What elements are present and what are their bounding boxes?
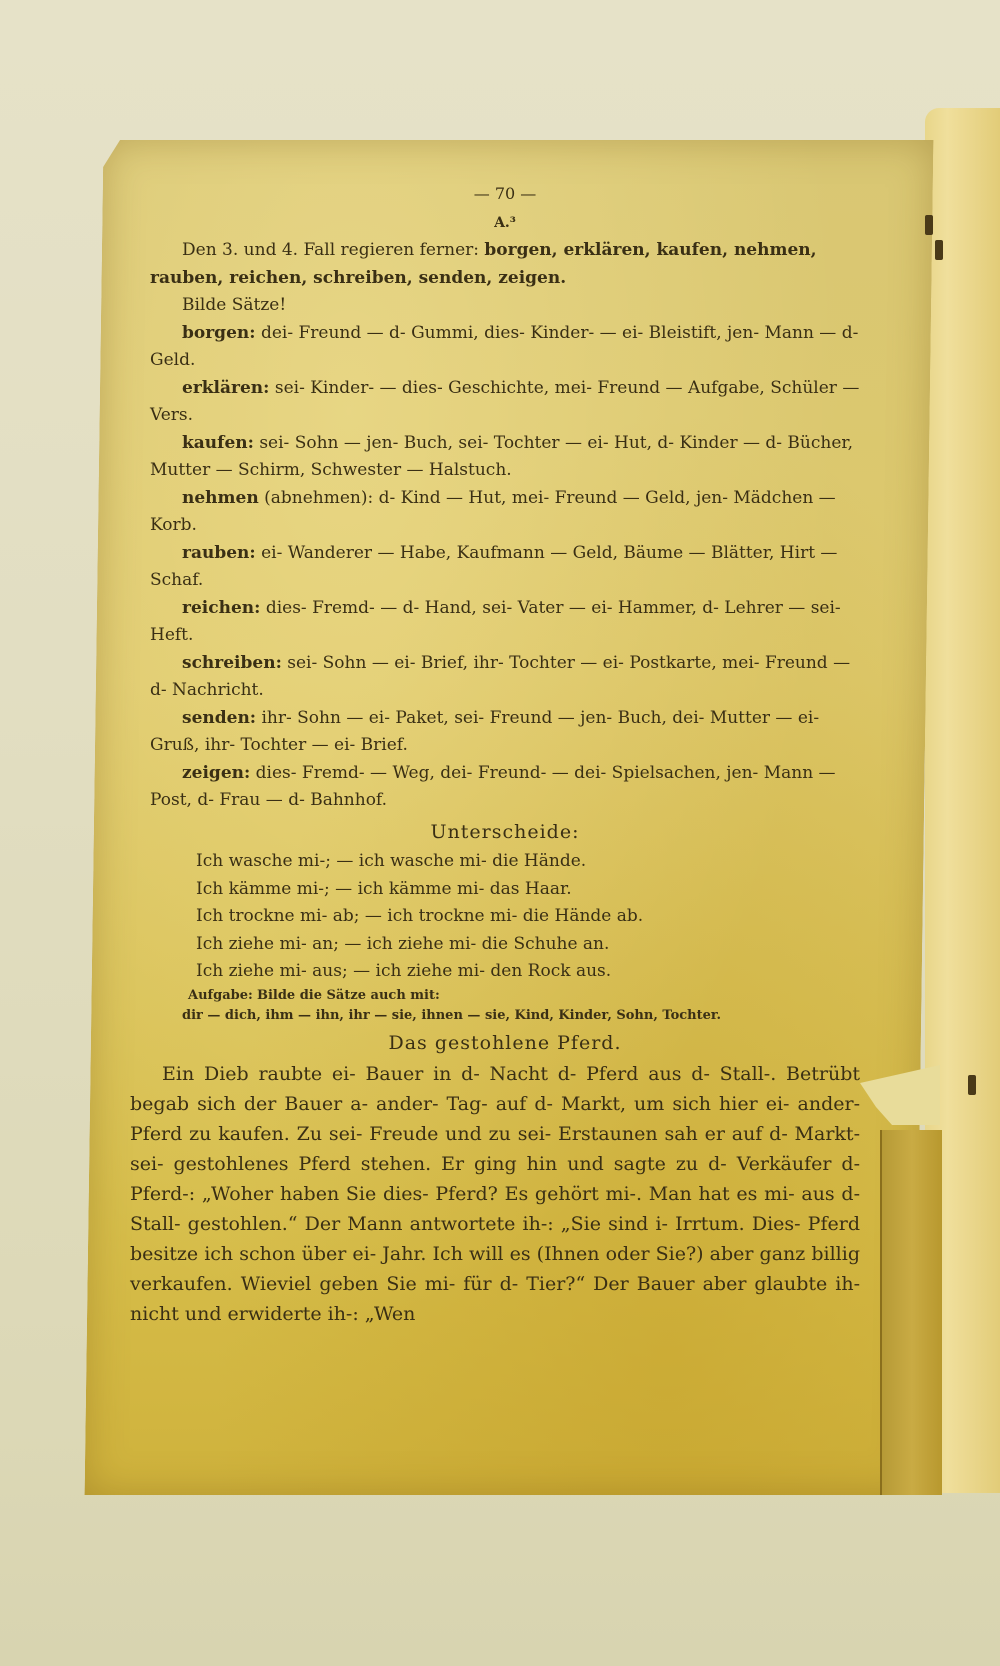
distinguish-line: Ich trockne mi- ab; — ich trockne mi- di… [196, 903, 860, 931]
distinguish-line: Ich ziehe mi- an; — ich ziehe mi- die Sc… [196, 931, 860, 959]
distinguish-list: Ich wasche mi-; — ich wasche mi- die Hän… [150, 848, 860, 986]
task-text: Bilde die Sätze auch mit: [257, 988, 440, 1003]
verb-label: erklären: [182, 378, 269, 398]
binding-staple-icon [925, 215, 933, 235]
intro-paragraph: Den 3. und 4. Fall regieren ferner: borg… [150, 237, 860, 292]
exercise-text: dei- Freund — d- Gummi, dies- Kinder- — … [150, 323, 858, 371]
exercise-text: dies- Fremd- — Weg, dei- Freund- — dei- … [150, 763, 836, 811]
exercise-item: kaufen: sei- Sohn — jen- Buch, sei- Toch… [150, 430, 860, 485]
distinguish-heading: Unterscheide: [150, 819, 860, 847]
distinguish-line: Ich ziehe mi- aus; — ich ziehe mi- den R… [196, 958, 860, 986]
exercise-item: senden: ihr- Sohn — ei- Paket, sei- Freu… [150, 705, 860, 760]
folded-page-corner [880, 1130, 942, 1495]
exercise-item: rauben: ei- Wanderer — Habe, Kaufmann — … [150, 540, 860, 595]
verb-label: rauben: [182, 543, 256, 563]
binding-staple-icon [935, 240, 943, 260]
exercise-list: borgen: dei- Freund — d- Gummi, dies- Ki… [150, 320, 860, 815]
task-block: Aufgabe: Bilde die Sätze auch mit: dir —… [150, 986, 860, 1026]
exercise-item: schreiben: sei- Sohn — ei- Brief, ihr- T… [150, 650, 860, 705]
story-text: Ein Dieb raubte ei- Bauer in d- Nacht d-… [130, 1059, 860, 1329]
exercise-prompt: Bilde Sätze! [150, 292, 860, 320]
distinguish-line: Ich wasche mi-; — ich wasche mi- die Hän… [196, 848, 860, 876]
exercise-text: sei- Sohn — jen- Buch, sei- Tochter — ei… [150, 433, 853, 481]
exercise-item: nehmen (abnehmen): d- Kind — Hut, mei- F… [150, 485, 860, 540]
exercise-item: zeigen: dies- Fremd- — Weg, dei- Freund-… [150, 760, 860, 815]
page-content: — 70 — A.³ Den 3. und 4. Fall regieren f… [150, 180, 860, 1329]
binding-staple-icon [968, 1075, 976, 1095]
distinguish-line: Ich kämme mi-; — ich kämme mi- das Haar. [196, 876, 860, 904]
verb-label: nehmen [182, 488, 259, 508]
verb-label: borgen: [182, 323, 256, 343]
section-label: A.³ [150, 210, 860, 238]
exercise-item: erklären: sei- Kinder- — dies- Geschicht… [150, 375, 860, 430]
page-number: — 70 — [150, 180, 860, 208]
exercise-item: reichen: dies- Fremd- — d- Hand, sei- Va… [150, 595, 860, 650]
task-words: dir — dich, ihm — ihn, ihr — sie, ihnen … [182, 1006, 860, 1026]
exercise-item: borgen: dei- Freund — d- Gummi, dies- Ki… [150, 320, 860, 375]
verb-label: kaufen: [182, 433, 254, 453]
verb-label: schreiben: [182, 653, 282, 673]
verb-note: (abnehmen): [264, 488, 373, 508]
verb-label: zeigen: [182, 763, 250, 783]
intro-text: Den 3. und 4. Fall regieren ferner: [182, 240, 479, 260]
task-label: Aufgabe: [188, 988, 253, 1003]
story-title: Das gestohlene Pferd. [150, 1030, 860, 1058]
verb-label: senden: [182, 708, 256, 728]
task-line: Aufgabe: Bilde die Sätze auch mit: [188, 986, 860, 1006]
verb-label: reichen: [182, 598, 260, 618]
